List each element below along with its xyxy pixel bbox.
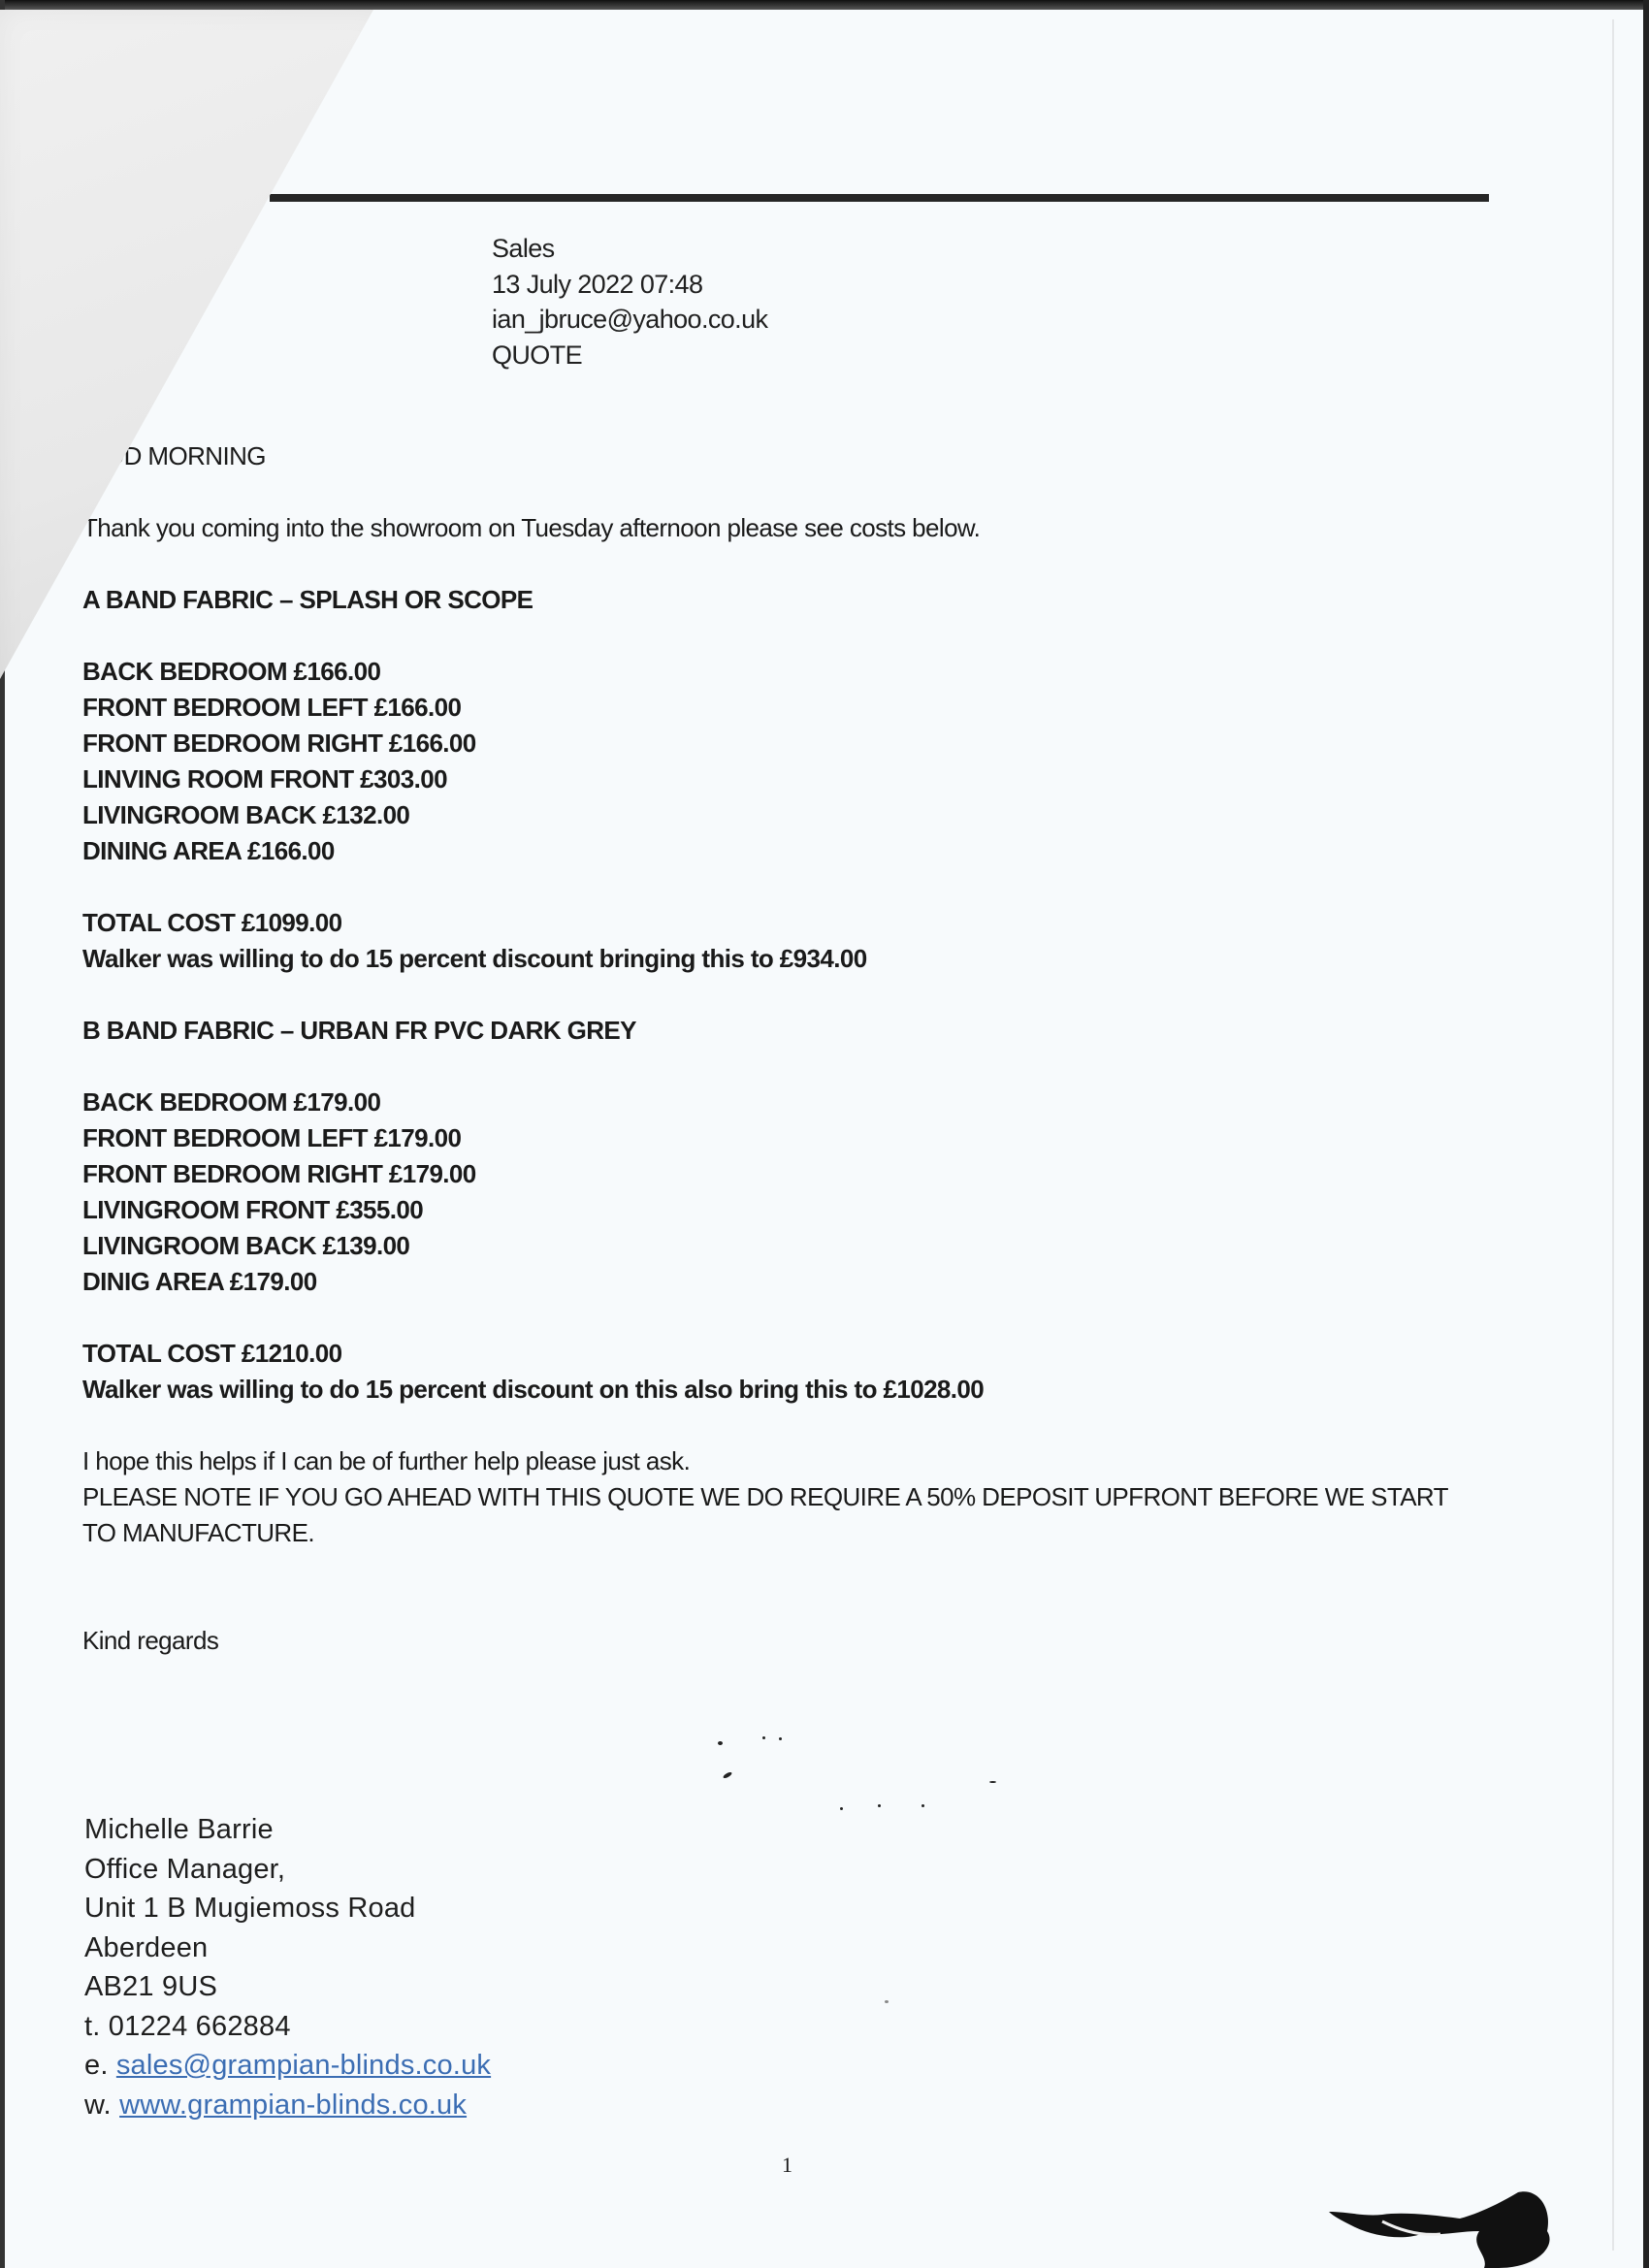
list-item: FRONT BEDROOM RIGHT £179.00 bbox=[82, 1156, 1499, 1192]
list-item: FRONT BEDROOM RIGHT £166.00 bbox=[82, 726, 1499, 761]
band-a-total: TOTAL COST £1099.00 bbox=[82, 905, 1499, 941]
band-a-items: BACK BEDROOM £166.00 FRONT BEDROOM LEFT … bbox=[82, 654, 1499, 869]
list-item: LIVINGROOM FRONT £355.00 bbox=[82, 1192, 1499, 1228]
phone-number: 01224 662884 bbox=[109, 2011, 291, 2042]
list-item: FRONT BEDROOM LEFT £166.00 bbox=[82, 690, 1499, 726]
list-item: BACK BEDROOM £166.00 bbox=[82, 654, 1499, 690]
band-b-items: BACK BEDROOM £179.00 FRONT BEDROOM LEFT … bbox=[82, 1085, 1499, 1300]
scanner-smudge bbox=[1324, 2178, 1576, 2268]
scanner-edge-top bbox=[0, 0, 1649, 10]
email-from: Sales bbox=[492, 231, 767, 267]
signature-phone-row: t. 01224 662884 bbox=[84, 2007, 491, 2047]
signature-address: Unit 1 B Mugiemoss Road bbox=[84, 1889, 491, 1928]
signature-web-row: w. www.grampian-blinds.co.uk bbox=[84, 2086, 491, 2125]
list-item: LINVING ROOM FRONT £303.00 bbox=[82, 761, 1499, 797]
website-link[interactable]: www.grampian-blinds.co.uk bbox=[119, 2090, 467, 2121]
band-b-title: B BAND FABRIC – URBAN FR PVC DARK GREY bbox=[82, 1013, 1499, 1049]
band-a-discount: Walker was willing to do 15 percent disc… bbox=[82, 941, 1499, 977]
list-item: LIVINGROOM BACK £139.00 bbox=[82, 1228, 1499, 1264]
list-item: LIVINGROOM BACK £132.00 bbox=[82, 797, 1499, 833]
signature-postcode: AB21 9US bbox=[84, 1967, 491, 2007]
intro: Thank you coming into the showroom on Tu… bbox=[82, 510, 1499, 546]
email-sent: 13 July 2022 07:48 bbox=[492, 267, 767, 303]
scanner-edge-right bbox=[1643, 0, 1649, 2268]
signature: Michelle Barrie Office Manager, Unit 1 B… bbox=[84, 1810, 491, 2124]
list-item: DINIG AREA £179.00 bbox=[82, 1264, 1499, 1300]
page-edge bbox=[1612, 19, 1614, 2251]
band-a-title: A BAND FABRIC – SPLASH OR SCOPE bbox=[82, 582, 1499, 618]
email-subject: QUOTE bbox=[492, 338, 767, 373]
email-label: e. bbox=[84, 2050, 109, 2081]
signature-city: Aberdeen bbox=[84, 1928, 491, 1968]
email-link[interactable]: sales@grampian-blinds.co.uk bbox=[116, 2050, 491, 2081]
band-b-discount: Walker was willing to do 15 percent disc… bbox=[82, 1372, 1499, 1408]
phone-label: t. bbox=[84, 2011, 101, 2042]
signature-email-row: e. sales@grampian-blinds.co.uk bbox=[84, 2046, 491, 2086]
list-item: BACK BEDROOM £179.00 bbox=[82, 1085, 1499, 1120]
closing: Kind regards bbox=[82, 1623, 1499, 1659]
signature-name: Michelle Barrie bbox=[84, 1810, 491, 1850]
deposit-note-line-1: PLEASE NOTE IF YOU GO AHEAD WITH THIS QU… bbox=[82, 1479, 1499, 1515]
email-header: Sales 13 July 2022 07:48 ian_jbruce@yaho… bbox=[492, 231, 767, 373]
band-b-total: TOTAL COST £1210.00 bbox=[82, 1336, 1499, 1372]
help-text: I hope this helps if I can be of further… bbox=[82, 1443, 1499, 1479]
page-number: 1 bbox=[782, 2153, 792, 2178]
email-to: ian_jbruce@yahoo.co.uk bbox=[492, 302, 767, 338]
list-item: FRONT BEDROOM LEFT £179.00 bbox=[82, 1120, 1499, 1156]
deposit-note-line-2: TO MANUFACTURE. bbox=[82, 1515, 1499, 1551]
web-label: w. bbox=[84, 2090, 112, 2121]
email-body: OD MORNING Thank you coming into the sho… bbox=[82, 438, 1499, 1659]
signature-title: Office Manager, bbox=[84, 1850, 491, 1890]
header-rule bbox=[270, 194, 1489, 202]
list-item: DINING AREA £166.00 bbox=[82, 833, 1499, 869]
greeting: OD MORNING bbox=[82, 438, 1499, 474]
